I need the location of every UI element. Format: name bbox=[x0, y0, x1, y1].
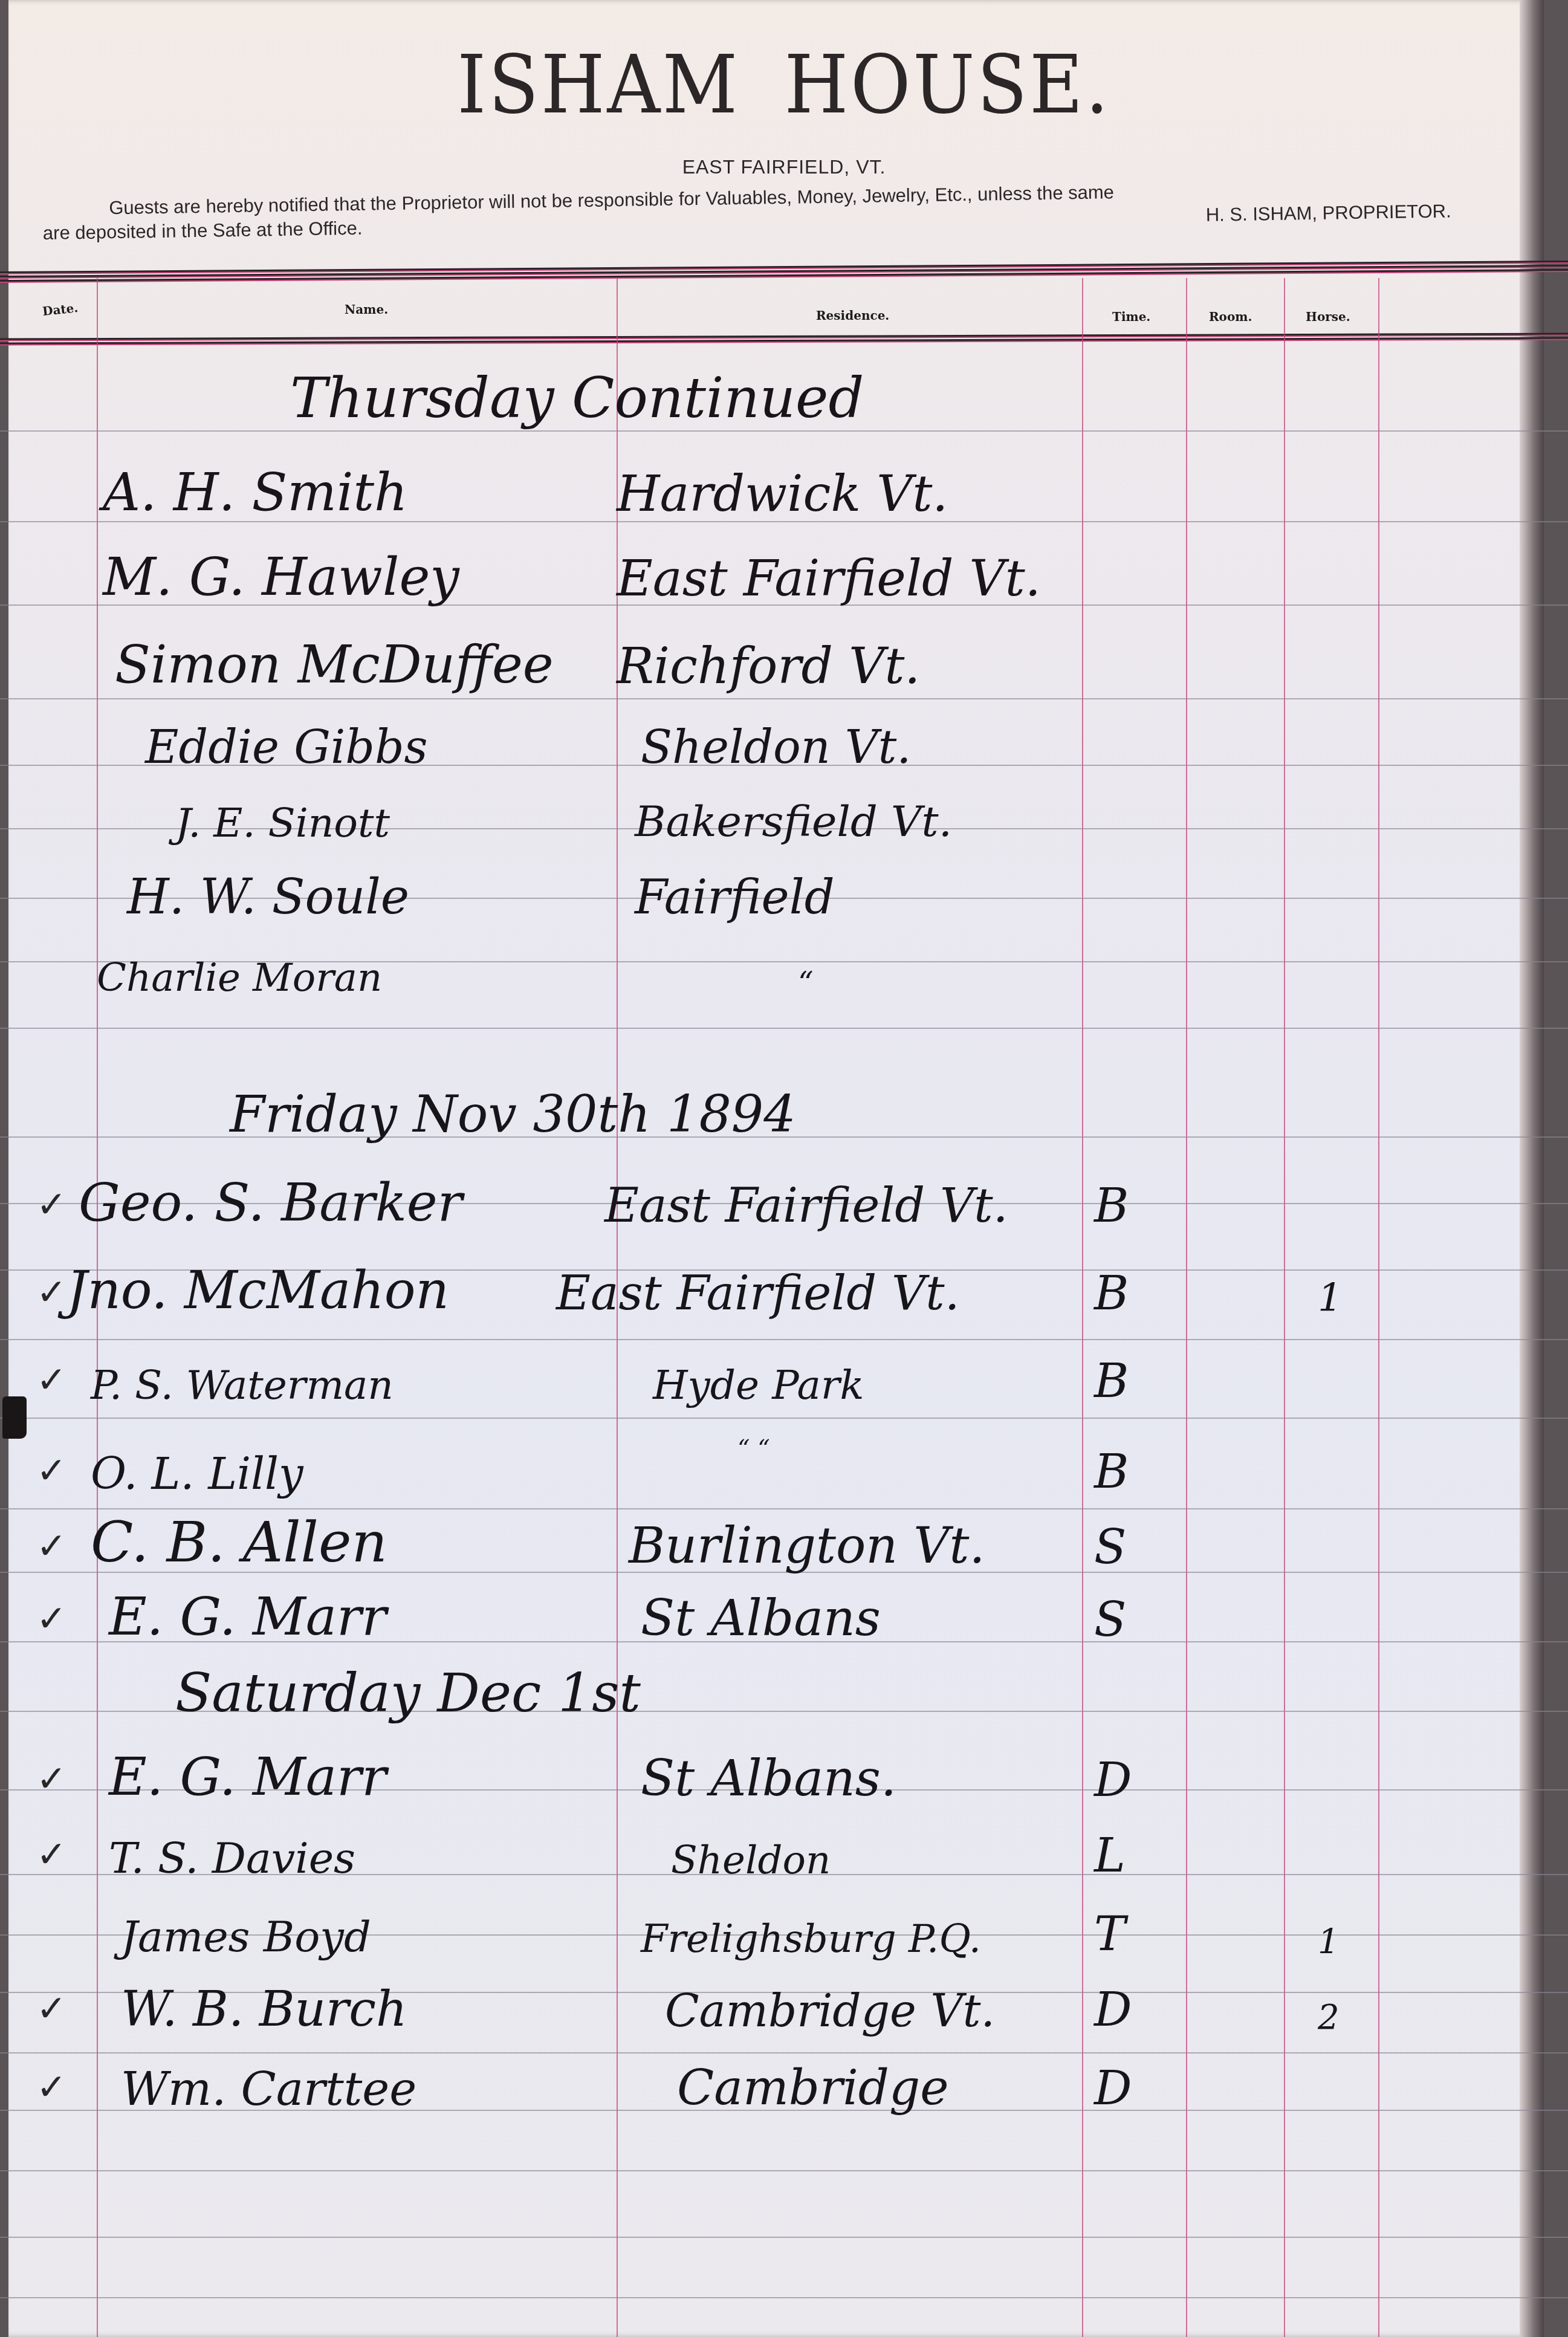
checkmark-icon: ✓ bbox=[36, 1525, 66, 1567]
proprietor-signature: H. S. ISHAM, PROPRIETOR. bbox=[1205, 199, 1451, 227]
ruled-line bbox=[0, 1418, 1568, 1419]
ruled-line bbox=[0, 2170, 1568, 2171]
checkmark-icon: ✓ bbox=[36, 1271, 66, 1314]
guest-name: T. S. Davies bbox=[109, 1833, 355, 1883]
checkmark-icon: ✓ bbox=[36, 1758, 66, 1800]
guest-residence: “ “ bbox=[737, 1435, 770, 1463]
guest-time: S bbox=[1094, 1593, 1126, 1647]
checkmark-icon: ✓ bbox=[36, 2066, 66, 2108]
guest-name: A. H. Smith bbox=[103, 462, 407, 523]
guest-time: B bbox=[1094, 1445, 1129, 1499]
hotel-title: ISHAMHOUSE. bbox=[63, 39, 1505, 132]
day-heading-text: Saturday Dec 1st bbox=[175, 1662, 641, 1724]
hotel-location: EAST FAIRFIELD, VT. bbox=[0, 156, 1568, 178]
guest-name: Charlie Moran bbox=[97, 956, 382, 1000]
register-entry: A. H. Smith Hardwick Vt. bbox=[0, 456, 1568, 529]
register-entry: ✓ Jno. McMahon East Fairfield Vt. B 1 bbox=[0, 1254, 1568, 1327]
guest-residence: Burlington Vt. bbox=[629, 1517, 985, 1575]
guest-name: J. E. Sinott bbox=[175, 800, 390, 846]
checkmark-icon: ✓ bbox=[36, 1833, 66, 1876]
guest-residence: Richford Vt. bbox=[617, 638, 920, 695]
checkmark-icon: ✓ bbox=[36, 1988, 66, 2030]
guest-horse: 1 bbox=[1318, 1922, 1340, 1962]
guest-residence: St Albans bbox=[641, 1590, 881, 1647]
notice-line-2: are deposited in the Safe at the Office. bbox=[43, 216, 363, 245]
guest-time: S bbox=[1094, 1520, 1126, 1575]
guest-residence: Bakersfield Vt. bbox=[635, 797, 952, 846]
register-entry: H. W. Soule Fairfield bbox=[0, 858, 1568, 931]
day-heading-text: Friday Nov 30th 1894 bbox=[230, 1084, 796, 1144]
register-entry: ✓ Geo. S. Barker East Fairfield Vt. B bbox=[0, 1167, 1568, 1239]
guest-residence: Sheldon Vt. bbox=[641, 720, 911, 774]
guest-horse: 2 bbox=[1318, 1998, 1340, 2037]
guest-residence: Cambridge Vt. bbox=[665, 1985, 995, 2037]
guest-residence: East Fairfield Vt. bbox=[604, 1179, 1008, 1233]
column-header-room: Room. bbox=[1209, 310, 1252, 324]
register-entry: ✓ O. L. Lilly “ “ B bbox=[0, 1433, 1568, 1505]
guest-residence: “ bbox=[798, 965, 814, 1000]
title-word-house: HOUSE. bbox=[784, 39, 1110, 132]
day-heading-text: Thursday Continued bbox=[290, 366, 864, 430]
register-entry: Charlie Moran “ bbox=[0, 934, 1568, 1006]
ruled-line bbox=[0, 1339, 1568, 1340]
ruled-line bbox=[0, 1028, 1568, 1029]
guest-name: James Boyd bbox=[121, 1912, 371, 1962]
guest-time: L bbox=[1094, 1829, 1126, 1883]
register-entry: Eddie Gibbs Sheldon Vt. bbox=[0, 707, 1568, 780]
register-entry: ✓ T. S. Davies Sheldon L bbox=[0, 1817, 1568, 1889]
column-header-residence: Residence. bbox=[816, 308, 889, 323]
guest-residence: Sheldon bbox=[671, 1838, 831, 1883]
guest-name: C. B. Allen bbox=[91, 1510, 387, 1575]
register-entry: ✓ E. G. Marr St Albans S bbox=[0, 1581, 1568, 1653]
guest-name: W. B. Burch bbox=[121, 1981, 407, 2037]
register-entry: ✓ W. B. Burch Cambridge Vt. D 2 bbox=[0, 1971, 1568, 2043]
ruled-line bbox=[0, 2237, 1568, 2238]
guest-residence: Cambridge bbox=[677, 2060, 949, 2116]
guest-residence: Fairfield bbox=[635, 870, 835, 925]
guest-residence: Frelighsburg P.Q. bbox=[641, 1917, 981, 1962]
ruled-line bbox=[0, 2297, 1568, 2298]
register-entry: M. G. Hawley East Fairfield Vt. bbox=[0, 541, 1568, 614]
guest-time: T bbox=[1094, 1907, 1126, 1962]
guest-name: Geo. S. Barker bbox=[79, 1173, 462, 1233]
guest-residence: East Fairfield Vt. bbox=[617, 550, 1041, 608]
guest-name: Jno. McMahon bbox=[66, 1260, 449, 1321]
guest-name: H. W. Soule bbox=[127, 869, 409, 925]
guest-time: B bbox=[1094, 1266, 1129, 1321]
checkmark-icon: ✓ bbox=[36, 1450, 66, 1492]
day-heading-thursday: Thursday Continued bbox=[0, 363, 1568, 435]
guest-name: P. S. Waterman bbox=[91, 1362, 394, 1408]
register-entry: ✓ E. G. Marr St Albans. D bbox=[0, 1741, 1568, 1814]
day-heading-saturday: Saturday Dec 1st bbox=[0, 1656, 1568, 1729]
guest-name: Simon McDuffee bbox=[115, 635, 554, 695]
guest-residence: Hardwick Vt. bbox=[617, 465, 948, 523]
guest-name: E. G. Marr bbox=[109, 1587, 386, 1647]
guest-residence: Hyde Park bbox=[653, 1362, 864, 1408]
title-word-isham: ISHAM bbox=[457, 39, 740, 132]
guest-name: E. G. Marr bbox=[109, 1747, 386, 1807]
column-header-horse: Horse. bbox=[1306, 310, 1350, 324]
guest-name: O. L. Lilly bbox=[91, 1448, 303, 1499]
column-header-name: Name. bbox=[345, 302, 388, 317]
guest-time: B bbox=[1094, 1179, 1129, 1233]
guest-residence: East Fairfield Vt. bbox=[556, 1266, 960, 1321]
checkmark-icon: ✓ bbox=[36, 1184, 66, 1226]
guest-name: Eddie Gibbs bbox=[145, 720, 428, 774]
guest-horse: 1 bbox=[1318, 1276, 1343, 1321]
guest-time: B bbox=[1094, 1354, 1129, 1408]
guest-time: D bbox=[1094, 2061, 1132, 2116]
register-entry: James Boyd Frelighsburg P.Q. T 1 bbox=[0, 1895, 1568, 1968]
day-heading-friday: Friday Nov 30th 1894 bbox=[0, 1076, 1568, 1149]
guest-time: D bbox=[1094, 1753, 1132, 1807]
guest-time: D bbox=[1094, 1983, 1132, 2037]
register-entry: ✓ Wm. Carttee Cambridge D bbox=[0, 2049, 1568, 2122]
register-entry: ✓ P. S. Waterman Hyde Park B bbox=[0, 1342, 1568, 1415]
checkmark-icon: ✓ bbox=[36, 1359, 66, 1401]
guest-name: M. G. Hawley bbox=[103, 547, 459, 608]
column-header-time: Time. bbox=[1112, 310, 1150, 324]
register-entry: Simon McDuffee Richford Vt. bbox=[0, 629, 1568, 701]
register-entry: J. E. Sinott Bakersfield Vt. bbox=[0, 780, 1568, 852]
checkmark-icon: ✓ bbox=[36, 1598, 66, 1640]
guest-name: Wm. Carttee bbox=[121, 2062, 416, 2116]
guest-residence: St Albans. bbox=[641, 1750, 896, 1807]
register-entry: ✓ C. B. Allen Burlington Vt. S bbox=[0, 1508, 1568, 1581]
